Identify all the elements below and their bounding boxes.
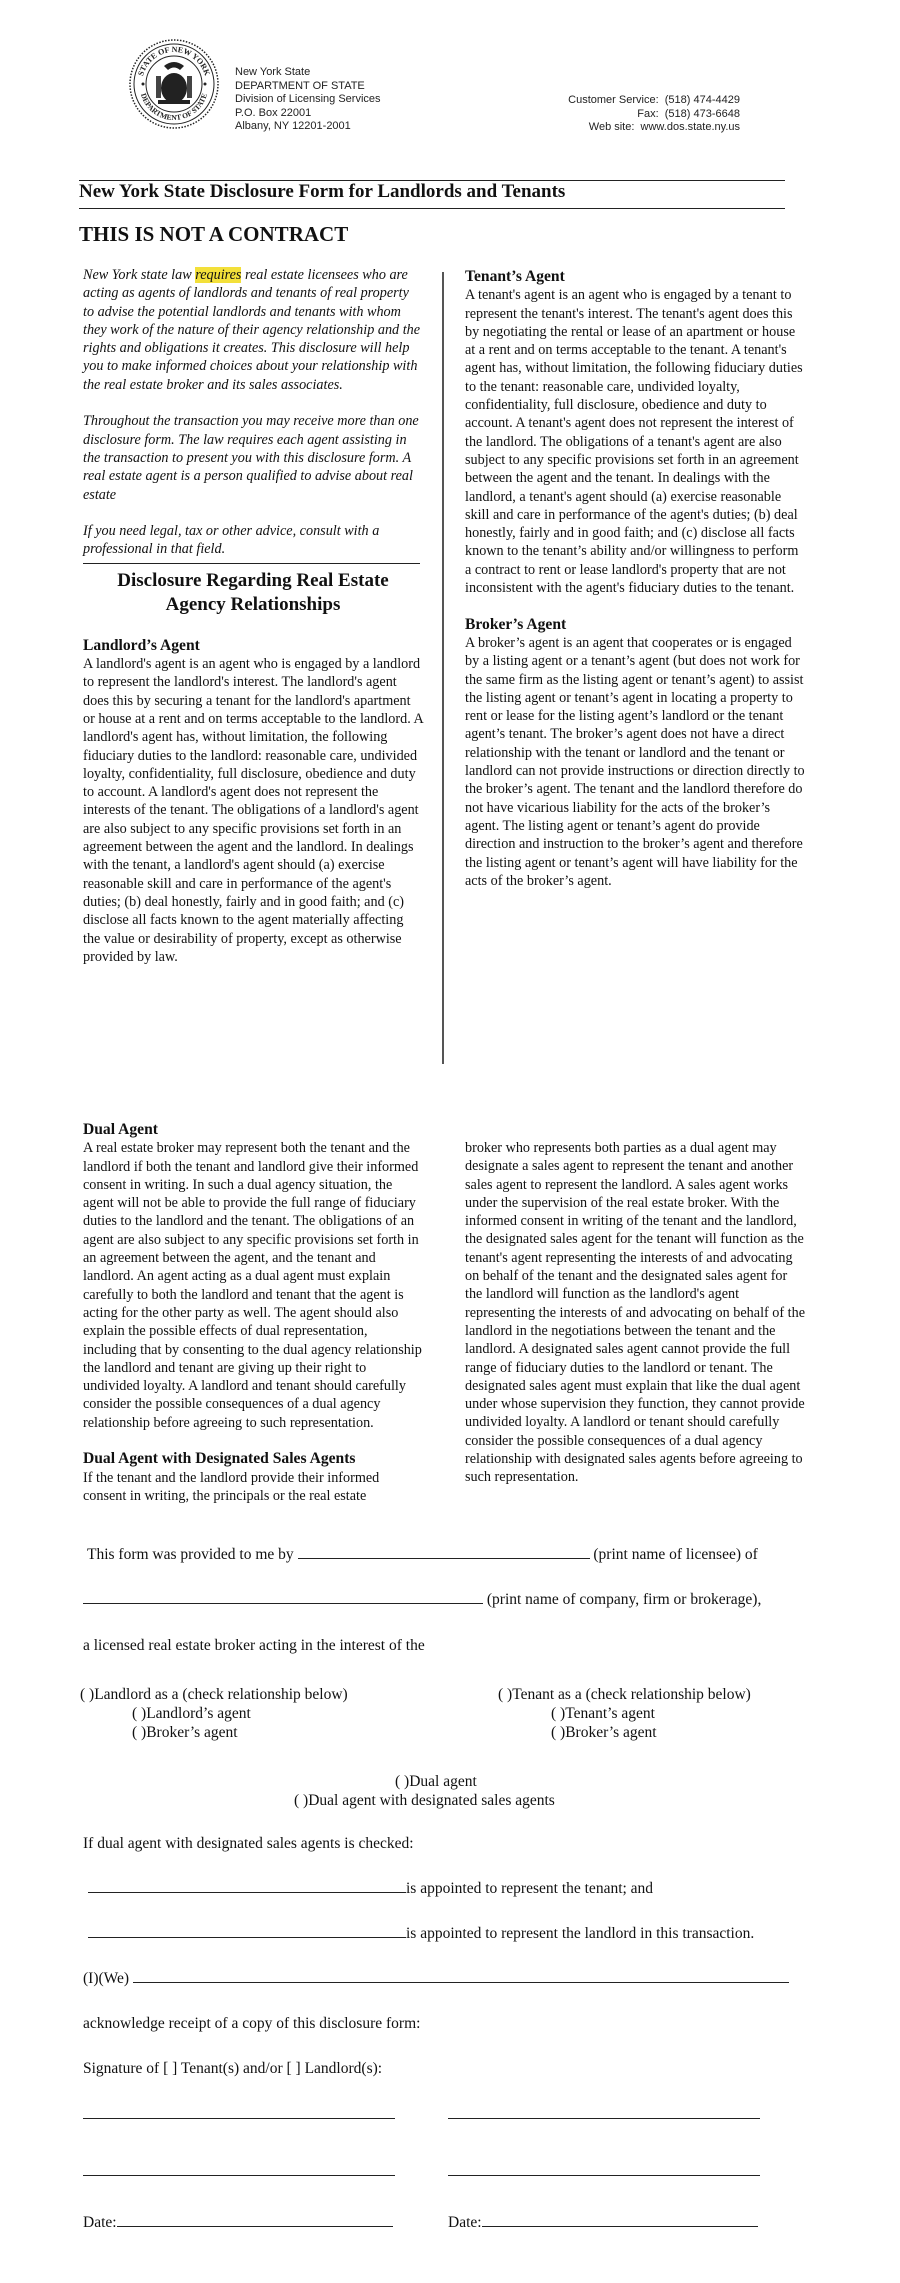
landlord-as-label: Landlord as a (check relationship below) <box>94 1686 348 1703</box>
brokers-agent-title: Broker’s Agent <box>465 616 805 634</box>
dual-agent-designated-label: Dual agent with designated sales agents <box>308 1792 555 1809</box>
date-label-right: Date: <box>448 2214 482 2231</box>
title-bottom-rule <box>79 208 785 209</box>
agency-line: Division of Licensing Services <box>235 93 381 107</box>
tenant-appointee-field[interactable] <box>88 1879 406 1893</box>
intro-paragraph-1: New York state law requires real estate … <box>83 266 423 394</box>
tenants-agent-label: Tenant’s agent <box>565 1705 655 1722</box>
date-row-right: Date: <box>448 2213 758 2232</box>
i-we-row: (I)(We) <box>83 1969 789 1988</box>
disclosure-divider <box>83 563 420 564</box>
signature-line-4[interactable] <box>448 2175 760 2176</box>
if-dual-checked-text: If dual agent with designated sales agen… <box>83 1834 414 1853</box>
landlord-brokers-agent-checkbox[interactable]: ( )Broker’s agent <box>132 1723 238 1742</box>
company-suffix: (print name of company, firm or brokerag… <box>487 1591 761 1608</box>
intro-paragraph-3: If you need legal, tax or other advice, … <box>83 522 423 559</box>
dual-agent-designated-body-part1: If the tenant and the landlord provide t… <box>83 1469 423 1506</box>
state-seal-icon: STATE OF NEW YORK DEPARTMENT OF STATE <box>128 38 220 130</box>
dual-agent-designated-continued: broker who represents both parties as a … <box>465 1139 805 1487</box>
signature-line-3[interactable] <box>83 2175 395 2176</box>
appointed-tenant-text: is appointed to represent the tenant; an… <box>406 1880 653 1897</box>
right-column: Tenant’s Agent A tenant's agent is an ag… <box>465 268 805 908</box>
acting-in-interest-text: a licensed real estate broker acting in … <box>83 1636 425 1655</box>
acknowledge-text: acknowledge receipt of a copy of this di… <box>83 2014 420 2033</box>
tenants-agent-title: Tenant’s Agent <box>465 268 805 286</box>
customer-service-phone: (518) 474-4429 <box>665 94 740 106</box>
dual-agent-designated-checkbox[interactable]: ( )Dual agent with designated sales agen… <box>294 1791 555 1810</box>
agency-line: P.O. Box 22001 <box>235 107 381 121</box>
provided-by-label: This form was provided to me by <box>87 1546 294 1563</box>
intro-paragraph-2: Throughout the transaction you may recei… <box>83 412 423 503</box>
landlords-agent-checkbox[interactable]: ( )Landlord’s agent <box>132 1704 251 1723</box>
tenant-appointee-row: is appointed to represent the tenant; an… <box>88 1879 653 1898</box>
signature-line-2[interactable] <box>448 2118 760 2119</box>
date-label-left: Date: <box>83 2214 117 2231</box>
column-divider <box>442 272 444 1064</box>
dual-agent-title: Dual Agent <box>83 1121 423 1139</box>
website-label: Web site: <box>589 121 635 133</box>
i-we-label: (I)(We) <box>83 1970 129 1987</box>
dual-agent-label: Dual agent <box>409 1773 477 1790</box>
dual-agent-body: A real estate broker may represent both … <box>83 1139 423 1432</box>
signature-line-1[interactable] <box>83 2118 395 2119</box>
date-field-left[interactable] <box>117 2213 393 2227</box>
highlighted-word: requires <box>195 267 241 283</box>
left-column: New York state law requires real estate … <box>83 266 423 984</box>
agency-line: New York State <box>235 66 381 80</box>
fax-label: Fax: <box>637 108 658 120</box>
tenants-agent-body: A tenant's agent is an agent who is enga… <box>465 286 805 597</box>
contact-info: Customer Service: (518) 474-4429 Fax: (5… <box>568 94 740 135</box>
tenant-as-checkbox[interactable]: ( )Tenant as a (check relationship below… <box>498 1685 751 1704</box>
date-row-left: Date: <box>83 2213 393 2232</box>
landlords-agent-title: Landlord’s Agent <box>83 637 423 655</box>
provided-by-row: This form was provided to me by (print n… <box>87 1545 758 1564</box>
landlord-as-checkbox[interactable]: ( )Landlord as a (check relationship bel… <box>80 1685 348 1704</box>
company-name-field[interactable] <box>83 1590 483 1604</box>
agency-line: DEPARTMENT OF STATE <box>235 80 381 94</box>
agency-line: Albany, NY 12201-2001 <box>235 120 381 134</box>
appointed-landlord-text: is appointed to represent the landlord i… <box>406 1925 754 1942</box>
landlord-appointee-row: is appointed to represent the landlord i… <box>88 1924 754 1943</box>
tenant-brokers-agent-label: Broker’s agent <box>565 1724 656 1741</box>
tenant-brokers-agent-checkbox[interactable]: ( )Broker’s agent <box>551 1723 657 1742</box>
agency-address: New York State DEPARTMENT OF STATE Divis… <box>235 66 381 134</box>
fax-number: (518) 473-6648 <box>665 108 740 120</box>
landlord-brokers-agent-label: Broker’s agent <box>146 1724 237 1741</box>
letterhead: STATE OF NEW YORK DEPARTMENT OF STATE Ne… <box>128 38 748 138</box>
intro: New York state law requires real estate … <box>83 266 423 559</box>
website-link[interactable]: www.dos.state.ny.us <box>641 121 740 133</box>
brokers-agent-body: A broker’s agent is an agent that cooper… <box>465 634 805 890</box>
not-a-contract-heading: THIS IS NOT A CONTRACT <box>79 222 348 247</box>
tenant-as-label: Tenant as a (check relationship below) <box>512 1686 751 1703</box>
form-title: New York State Disclosure Form for Landl… <box>79 181 565 203</box>
customer-service-label: Customer Service: <box>568 94 658 106</box>
dual-agent-designated-body-part2: broker who represents both parties as a … <box>465 1139 805 1487</box>
dual-agent-column: Dual Agent A real estate broker may repr… <box>83 1121 423 1505</box>
landlords-agent-label: Landlord’s agent <box>146 1705 251 1722</box>
i-we-names-field[interactable] <box>133 1969 789 1983</box>
licensee-name-field[interactable] <box>298 1545 590 1559</box>
signature-of-text: Signature of [ ] Tenant(s) and/or [ ] La… <box>83 2059 382 2078</box>
landlord-appointee-field[interactable] <box>88 1924 406 1938</box>
landlords-agent-body: A landlord's agent is an agent who is en… <box>83 655 423 966</box>
dual-agent-checkbox[interactable]: ( )Dual agent <box>395 1772 477 1791</box>
dual-agent-designated-title: Dual Agent with Designated Sales Agents <box>83 1450 423 1468</box>
disclosure-heading: Disclosure Regarding Real Estate Agency … <box>83 569 423 617</box>
svg-text:STATE OF NEW YORK: STATE OF NEW YORK <box>136 45 212 78</box>
company-row: (print name of company, firm or brokerag… <box>83 1590 761 1609</box>
date-field-right[interactable] <box>482 2213 758 2227</box>
licensee-suffix: (print name of licensee) of <box>593 1546 757 1563</box>
tenants-agent-checkbox[interactable]: ( )Tenant’s agent <box>551 1704 655 1723</box>
